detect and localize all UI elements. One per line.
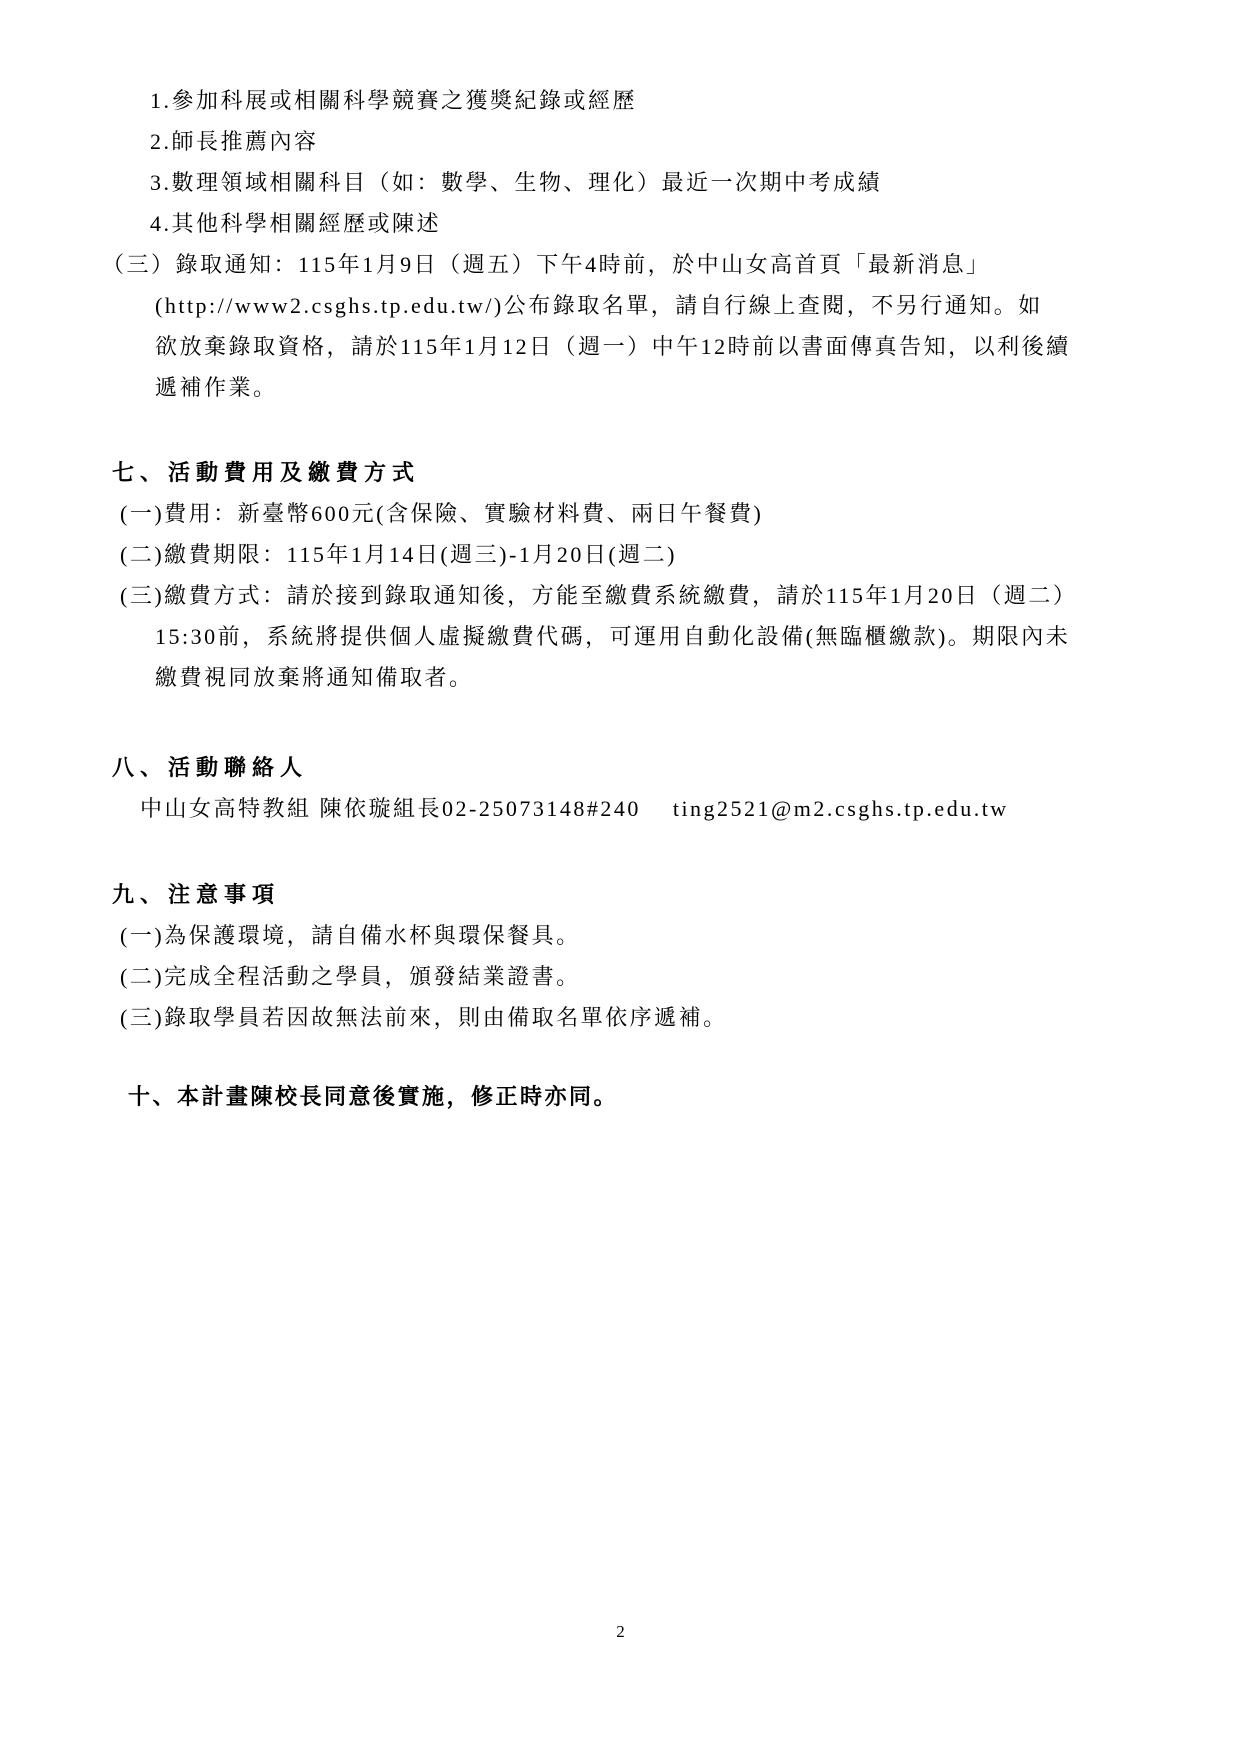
note-item: (三)錄取學員若因故無法前來，則由備取名單依序遞補。 bbox=[120, 997, 1181, 1038]
section-8-title: 八、活動聯絡人 bbox=[112, 747, 1181, 788]
fee-method-continuation: 繳費視同放棄將通知備取者。 bbox=[155, 657, 1181, 698]
note-item: (二)完成全程活動之學員，頒發結業證書。 bbox=[120, 956, 1181, 997]
criteria-list-item: 4.其他科學相關經歷或陳述 bbox=[150, 203, 1181, 244]
admission-notice-line: 遞補作業。 bbox=[155, 367, 1181, 408]
criteria-list-item: 3.數理領域相關科目（如：數學、生物、理化）最近一次期中考成績 bbox=[150, 162, 1181, 203]
note-item: (一)為保護環境，請自備水杯與環保餐具。 bbox=[120, 915, 1181, 956]
contact-info: 中山女高特教組 陳依璇組長02-25073148#240 ting2521@m2… bbox=[140, 788, 1181, 829]
criteria-list-item: 1.參加科展或相關科學競賽之獲獎紀錄或經歷 bbox=[150, 80, 1181, 121]
fee-method-continuation: 15:30前，系統將提供個人虛擬繳費代碼，可運用自動化設備(無臨櫃繳款)。期限內… bbox=[155, 616, 1181, 657]
section-9-title: 九、注意事項 bbox=[112, 874, 1181, 915]
page-number: 2 bbox=[0, 1622, 1241, 1642]
admission-notice-line: (http://www2.csghs.tp.edu.tw/)公布錄取名單，請自行… bbox=[155, 285, 1181, 326]
section-7-title: 七、活動費用及繳費方式 bbox=[112, 452, 1181, 493]
criteria-list-item: 2.師長推薦內容 bbox=[150, 121, 1181, 162]
fee-item: (一)費用：新臺幣600元(含保險、實驗材料費、兩日午餐費) bbox=[120, 493, 1181, 534]
document-content: 1.參加科展或相關科學競賽之獲獎紀錄或經歷 2.師長推薦內容 3.數理領域相關科… bbox=[0, 0, 1241, 1117]
fee-method-item: (三)繳費方式：請於接到錄取通知後，方能至繳費系統繳費，請於115年1月20日（… bbox=[120, 575, 1181, 616]
document-page: 1.參加科展或相關科學競賽之獲獎紀錄或經歷 2.師長推薦內容 3.數理領域相關科… bbox=[0, 0, 1241, 1755]
section-10-statement: 十、本計畫陳校長同意後實施，修正時亦同。 bbox=[128, 1076, 1181, 1117]
admission-notice-line: 欲放棄錄取資格，請於115年1月12日（週一）中午12時前以書面傳真告知，以利後… bbox=[155, 326, 1181, 367]
fee-deadline-item: (二)繳費期限：115年1月14日(週三)-1月20日(週二) bbox=[120, 534, 1181, 575]
admission-notice-line: （三）錄取通知：115年1月9日（週五）下午4時前，於中山女高首頁「最新消息」 bbox=[102, 244, 1181, 285]
